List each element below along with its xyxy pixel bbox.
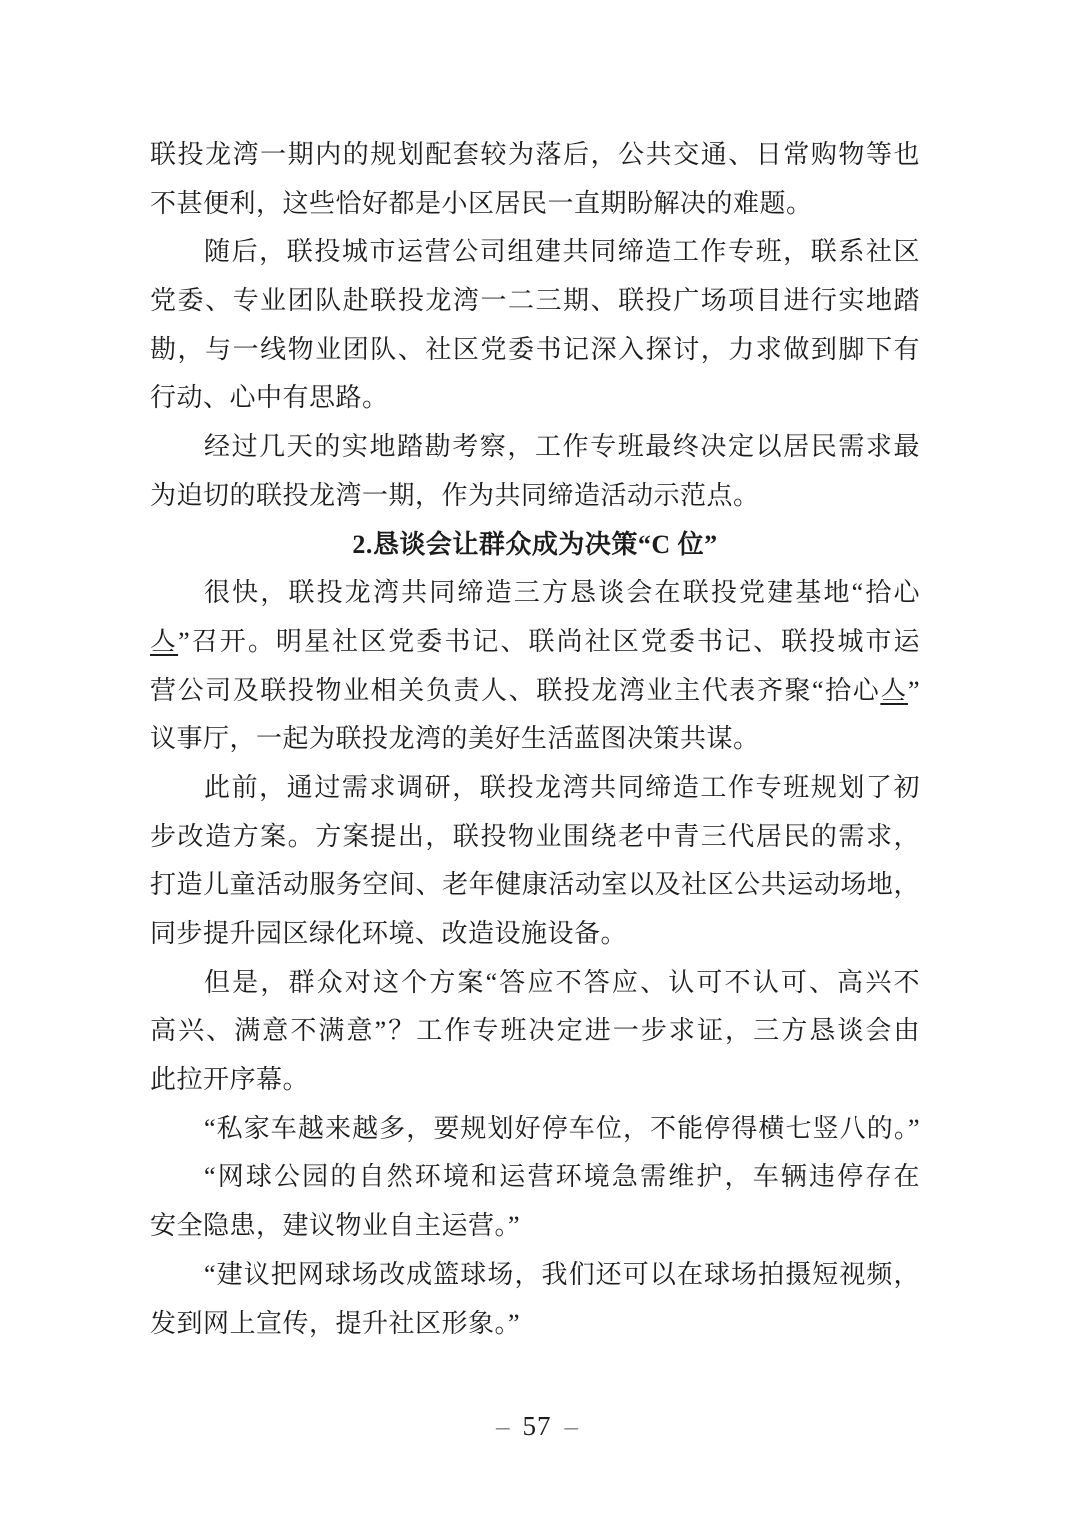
section-heading: 2.恳谈会让群众成为决策“C 位” [150, 521, 920, 570]
underlined-term: 亼 [150, 627, 178, 656]
page-footer: –57– [0, 1404, 1074, 1448]
body-line-16: 打造儿童活动服务空间、老年健康活动室以及社区公共运动场地， [150, 861, 920, 910]
quote-line-3: “建议把网球场改成篮球场，我们还可以在球场拍摄短视频， [150, 1251, 920, 1300]
body-line-11: 亼”召开。明星社区党委书记、联尚社区党委书记、联投城市运 [150, 618, 920, 667]
body-line-14: 此前，通过需求调研，联投龙湾共同缔造工作专班规划了初 [150, 764, 920, 813]
body-line-12: 营公司及联投物业相关负责人、联投龙湾业主代表齐聚“拾心亼” [150, 667, 920, 716]
underlined-term: 亼 [880, 676, 908, 705]
body-line-19: 高兴、满意不满意”？工作专班决定进一步求证，三方恳谈会由 [150, 1007, 920, 1056]
page-number-dash-right: – [565, 1411, 579, 1441]
quote-line-3-cont: 发到网上宣传，提升社区形象。” [150, 1300, 920, 1349]
body-line-11-rest: ”召开。明星社区党委书记、联尚社区党委书记、联投城市运 [178, 627, 920, 656]
body-line-13: 议事厅，一起为联投龙湾的美好生活蓝图决策共谋。 [150, 715, 920, 764]
quote-line-2: “网球公园的自然环境和运营环境急需维护，车辆违停存在 [150, 1153, 920, 1202]
body-line-10: 很快，联投龙湾共同缔造三方恳谈会在联投党建基地“拾心 [150, 569, 920, 618]
body-line-6: 行动、心中有思路。 [150, 374, 920, 423]
body-line-4: 党委、专业团队赴联投龙湾一二三期、联投广场项目进行实地踏 [150, 277, 920, 326]
page-number-dash-left: – [496, 1411, 510, 1441]
body-line-20: 此拉开序幕。 [150, 1056, 920, 1105]
body-line-17: 同步提升园区绿化环境、改造设施设备。 [150, 910, 920, 959]
body-line-3: 随后，联投城市运营公司组建共同缔造工作专班，联系社区 [150, 228, 920, 277]
body-line-5: 勘，与一线物业团队、社区党委书记深入探讨，力求做到脚下有 [150, 326, 920, 375]
body-line-1: 联投龙湾一期内的规划配套较为落后，公共交通、日常购物等也 [150, 131, 920, 180]
document-page: 联投龙湾一期内的规划配套较为落后，公共交通、日常购物等也 不甚便利，这些恰好都是… [0, 0, 1074, 1520]
body-line-15: 步改造方案。方案提出，联投物业围绕老中青三代居民的需求， [150, 813, 920, 862]
quote-line-1: “私家车越来越多，要规划好停车位，不能停得横七竖八的。” [150, 1105, 920, 1154]
quote-line-2-cont: 安全隐患，建议物业自主运营。” [150, 1202, 920, 1251]
body-line-12-rest: ” [908, 676, 920, 705]
body-line-18: 但是，群众对这个方案“答应不答应、认可不认可、高兴不 [150, 959, 920, 1008]
body-line-8: 为迫切的联投龙湾一期，作为共同缔造活动示范点。 [150, 472, 920, 521]
body-line-2: 不甚便利，这些恰好都是小区居民一直期盼解决的难题。 [150, 180, 920, 229]
page-number: 57 [523, 1411, 552, 1441]
text-block: 联投龙湾一期内的规划配套较为落后，公共交通、日常购物等也 不甚便利，这些恰好都是… [150, 131, 920, 1348]
body-line-7: 经过几天的实地踏勘考察，工作专班最终决定以居民需求最 [150, 423, 920, 472]
body-line-12-lead: 营公司及联投物业相关负责人、联投龙湾业主代表齐聚“拾心 [150, 676, 880, 705]
